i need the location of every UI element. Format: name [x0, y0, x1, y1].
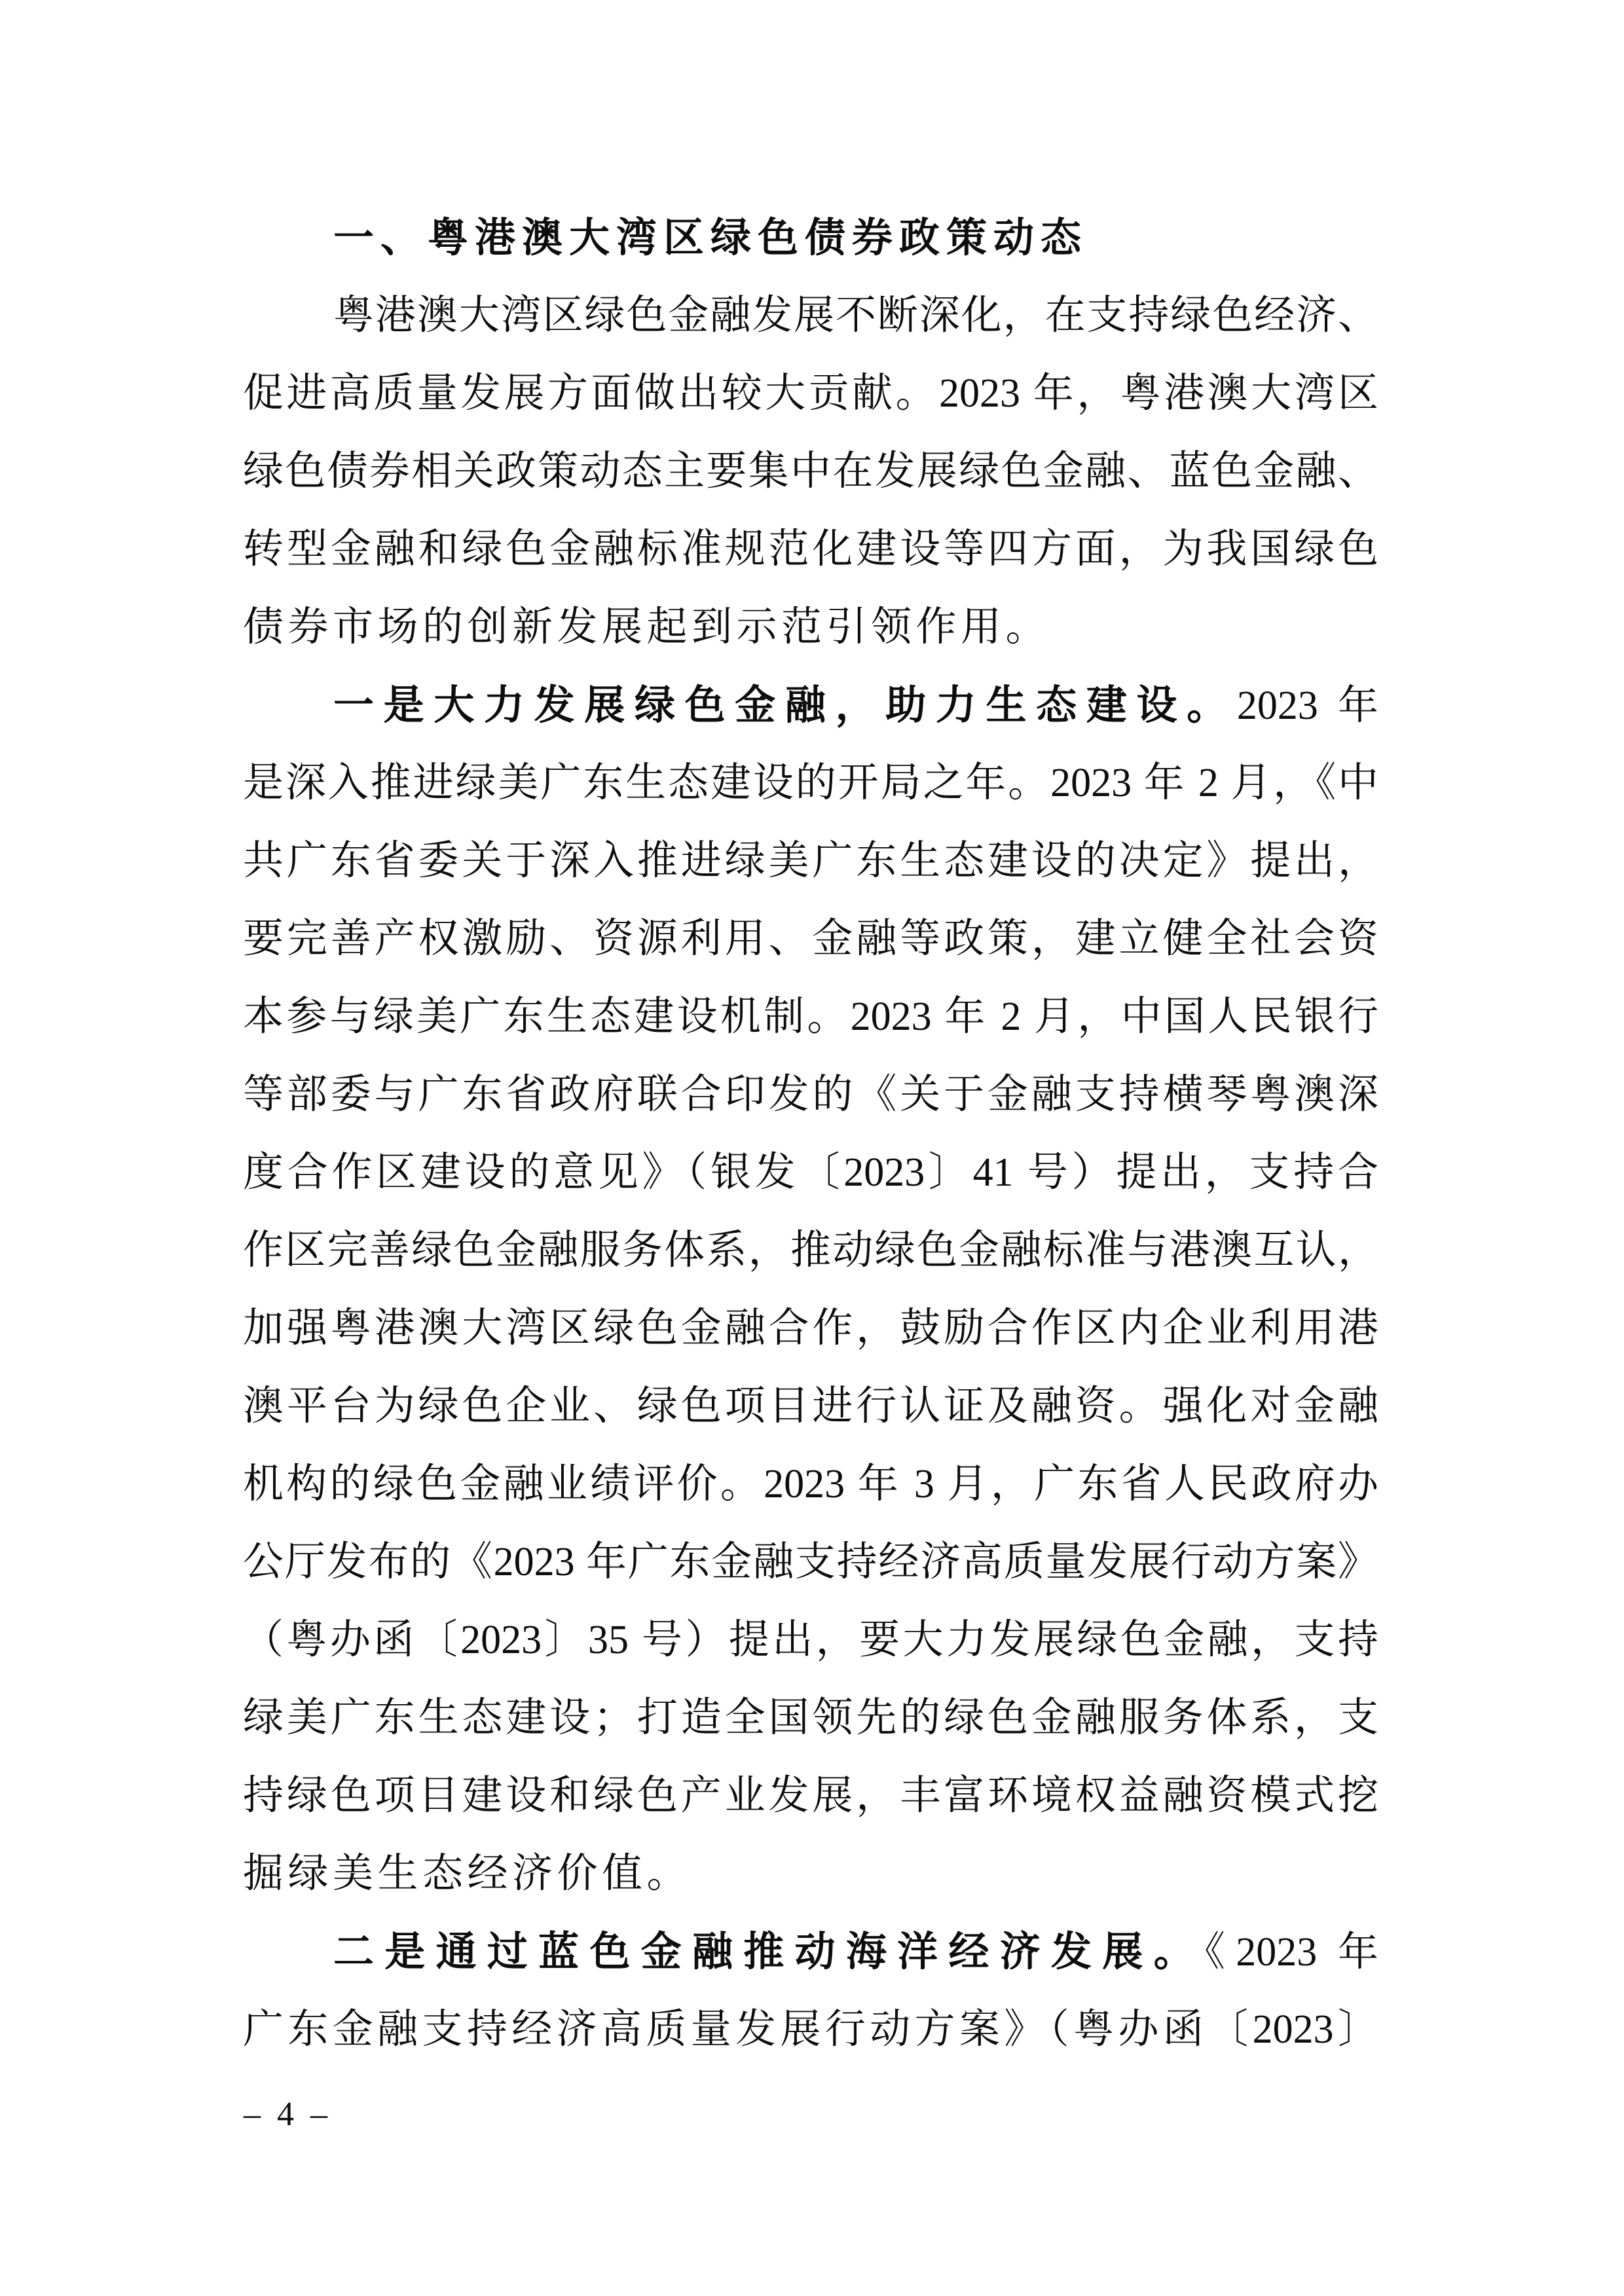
text-line: 公厅发布的《2023 年广东金融支持经济高质量发展行动方案》	[243, 1523, 1378, 1601]
text-segment: 作区完善绿色金融服务体系，推动绿色金融标准与港澳互认，	[243, 1228, 1378, 1273]
bold-text-segment: 一是大力发展绿色金融，助力生态建设。	[333, 683, 1237, 728]
text-line: 促进高质量发展方面做出较大贡献。2023 年，粤港澳大湾区	[243, 355, 1378, 433]
text-segment: 机构的绿色金融业绩评价。2023 年 3 月，广东省人民政府办	[243, 1462, 1378, 1506]
text-segment: 是深入推进绿美广东生态建设的开局之年。2023 年 2 月，《中	[243, 761, 1378, 805]
text-line: 度合作区建设的意见》（银发〔2023〕41 号）提出，支持合	[243, 1134, 1378, 1212]
text-line: 粤港澳大湾区绿色金融发展不断深化，在支持绿色经济、	[243, 277, 1378, 355]
text-line: （粤办函〔2023〕35 号）提出，要大力发展绿色金融，支持	[243, 1601, 1378, 1679]
text-column: 一、粤港澳大湾区绿色债券政策动态粤港澳大湾区绿色金融发展不断深化，在支持绿色经济…	[243, 199, 1378, 2069]
text-segment: 绿色债券相关政策动态主要集中在发展绿色金融、蓝色金融、	[243, 449, 1378, 494]
text-segment: 等部委与广东省政府联合印发的《关于金融支持横琴粤澳深	[243, 1072, 1378, 1117]
text-segment: 公厅发布的《2023 年广东金融支持经济高质量发展行动方案》	[243, 1540, 1378, 1584]
text-line: 转型金融和绿色金融标准规范化建设等四方面，为我国绿色	[243, 511, 1378, 589]
text-line: 二是通过蓝色金融推动海洋经济发展。《2023 年	[243, 1913, 1378, 1991]
text-line: 机构的绿色金融业绩评价。2023 年 3 月，广东省人民政府办	[243, 1446, 1378, 1523]
text-segment: 掘绿美生态经济价值。	[243, 1851, 692, 1896]
page-number: – 4 –	[244, 2096, 331, 2133]
text-segment: 促进高质量发展方面做出较大贡献。2023 年，粤港澳大湾区	[243, 371, 1378, 416]
text-segment: 粤港澳大湾区绿色金融发展不断深化，在支持绿色经济、	[333, 293, 1378, 338]
text-segment: 加强粤港澳大湾区绿色金融合作，鼓励合作区内企业利用港	[243, 1306, 1378, 1351]
text-segment: 共广东省委关于深入推进绿美广东生态建设的决定》提出，	[243, 839, 1378, 883]
bold-text-segment: 二是通过蓝色金融推动海洋经济发展。	[333, 1929, 1205, 1975]
text-line: 持绿色项目建设和绿色产业发展，丰富环境权益融资模式挖	[243, 1757, 1378, 1835]
text-line: 作区完善绿色金融服务体系，推动绿色金融标准与港澳互认，	[243, 1212, 1378, 1290]
text-segment: 澳平台为绿色企业、绿色项目进行认证及融资。强化对金融	[243, 1384, 1378, 1429]
text-segment: 本参与绿美广东生态建设机制。2023 年 2 月，中国人民银行	[243, 994, 1378, 1039]
text-segment: 要完善产权激励、资源利用、金融等政策，建立健全社会资	[243, 917, 1378, 961]
text-segment: 持绿色项目建设和绿色产业发展，丰富环境权益融资模式挖	[243, 1774, 1378, 1818]
text-line: 绿色债券相关政策动态主要集中在发展绿色金融、蓝色金融、	[243, 433, 1378, 511]
text-line: 共广东省委关于深入推进绿美广东生态建设的决定》提出，	[243, 822, 1378, 900]
text-segment: 转型金融和绿色金融标准规范化建设等四方面，为我国绿色	[243, 527, 1378, 572]
text-line: 掘绿美生态经济价值。	[243, 1835, 1378, 1913]
text-segment: 度合作区建设的意见》（银发〔2023〕41 号）提出，支持合	[243, 1150, 1378, 1195]
text-segment: 广东金融支持经济高质量发展行动方案》（粤办函〔2023〕	[243, 2007, 1378, 2052]
section-heading: 一、粤港澳大湾区绿色债券政策动态	[243, 199, 1378, 277]
bold-text-segment: 一、粤港澳大湾区绿色债券政策动态	[333, 215, 1088, 261]
text-segment: 绿美广东生态建设；打造全国领先的绿色金融服务体系，支	[243, 1696, 1378, 1740]
text-line: 绿美广东生态建设；打造全国领先的绿色金融服务体系，支	[243, 1679, 1378, 1757]
text-segment: 《2023 年	[1205, 1930, 1378, 1975]
text-segment: 债券市场的创新发展起到示范引领作用。	[243, 605, 1050, 649]
document-page: 一、粤港澳大湾区绿色债券政策动态粤港澳大湾区绿色金融发展不断深化，在支持绿色经济…	[0, 0, 1624, 2296]
text-line: 债券市场的创新发展起到示范引领作用。	[243, 589, 1378, 666]
text-line: 等部委与广东省政府联合印发的《关于金融支持横琴粤澳深	[243, 1056, 1378, 1134]
text-line: 是深入推进绿美广东生态建设的开局之年。2023 年 2 月，《中	[243, 744, 1378, 822]
text-line: 本参与绿美广东生态建设机制。2023 年 2 月，中国人民银行	[243, 978, 1378, 1056]
text-line: 加强粤港澳大湾区绿色金融合作，鼓励合作区内企业利用港	[243, 1290, 1378, 1368]
text-line: 一是大力发展绿色金融，助力生态建设。2023 年	[243, 666, 1378, 744]
text-line: 要完善产权激励、资源利用、金融等政策，建立健全社会资	[243, 900, 1378, 978]
text-segment: （粤办函〔2023〕35 号）提出，要大力发展绿色金融，支持	[243, 1618, 1378, 1662]
text-line: 澳平台为绿色企业、绿色项目进行认证及融资。强化对金融	[243, 1368, 1378, 1446]
text-line: 广东金融支持经济高质量发展行动方案》（粤办函〔2023〕	[243, 1991, 1378, 2069]
text-segment: 2023 年	[1237, 683, 1378, 728]
